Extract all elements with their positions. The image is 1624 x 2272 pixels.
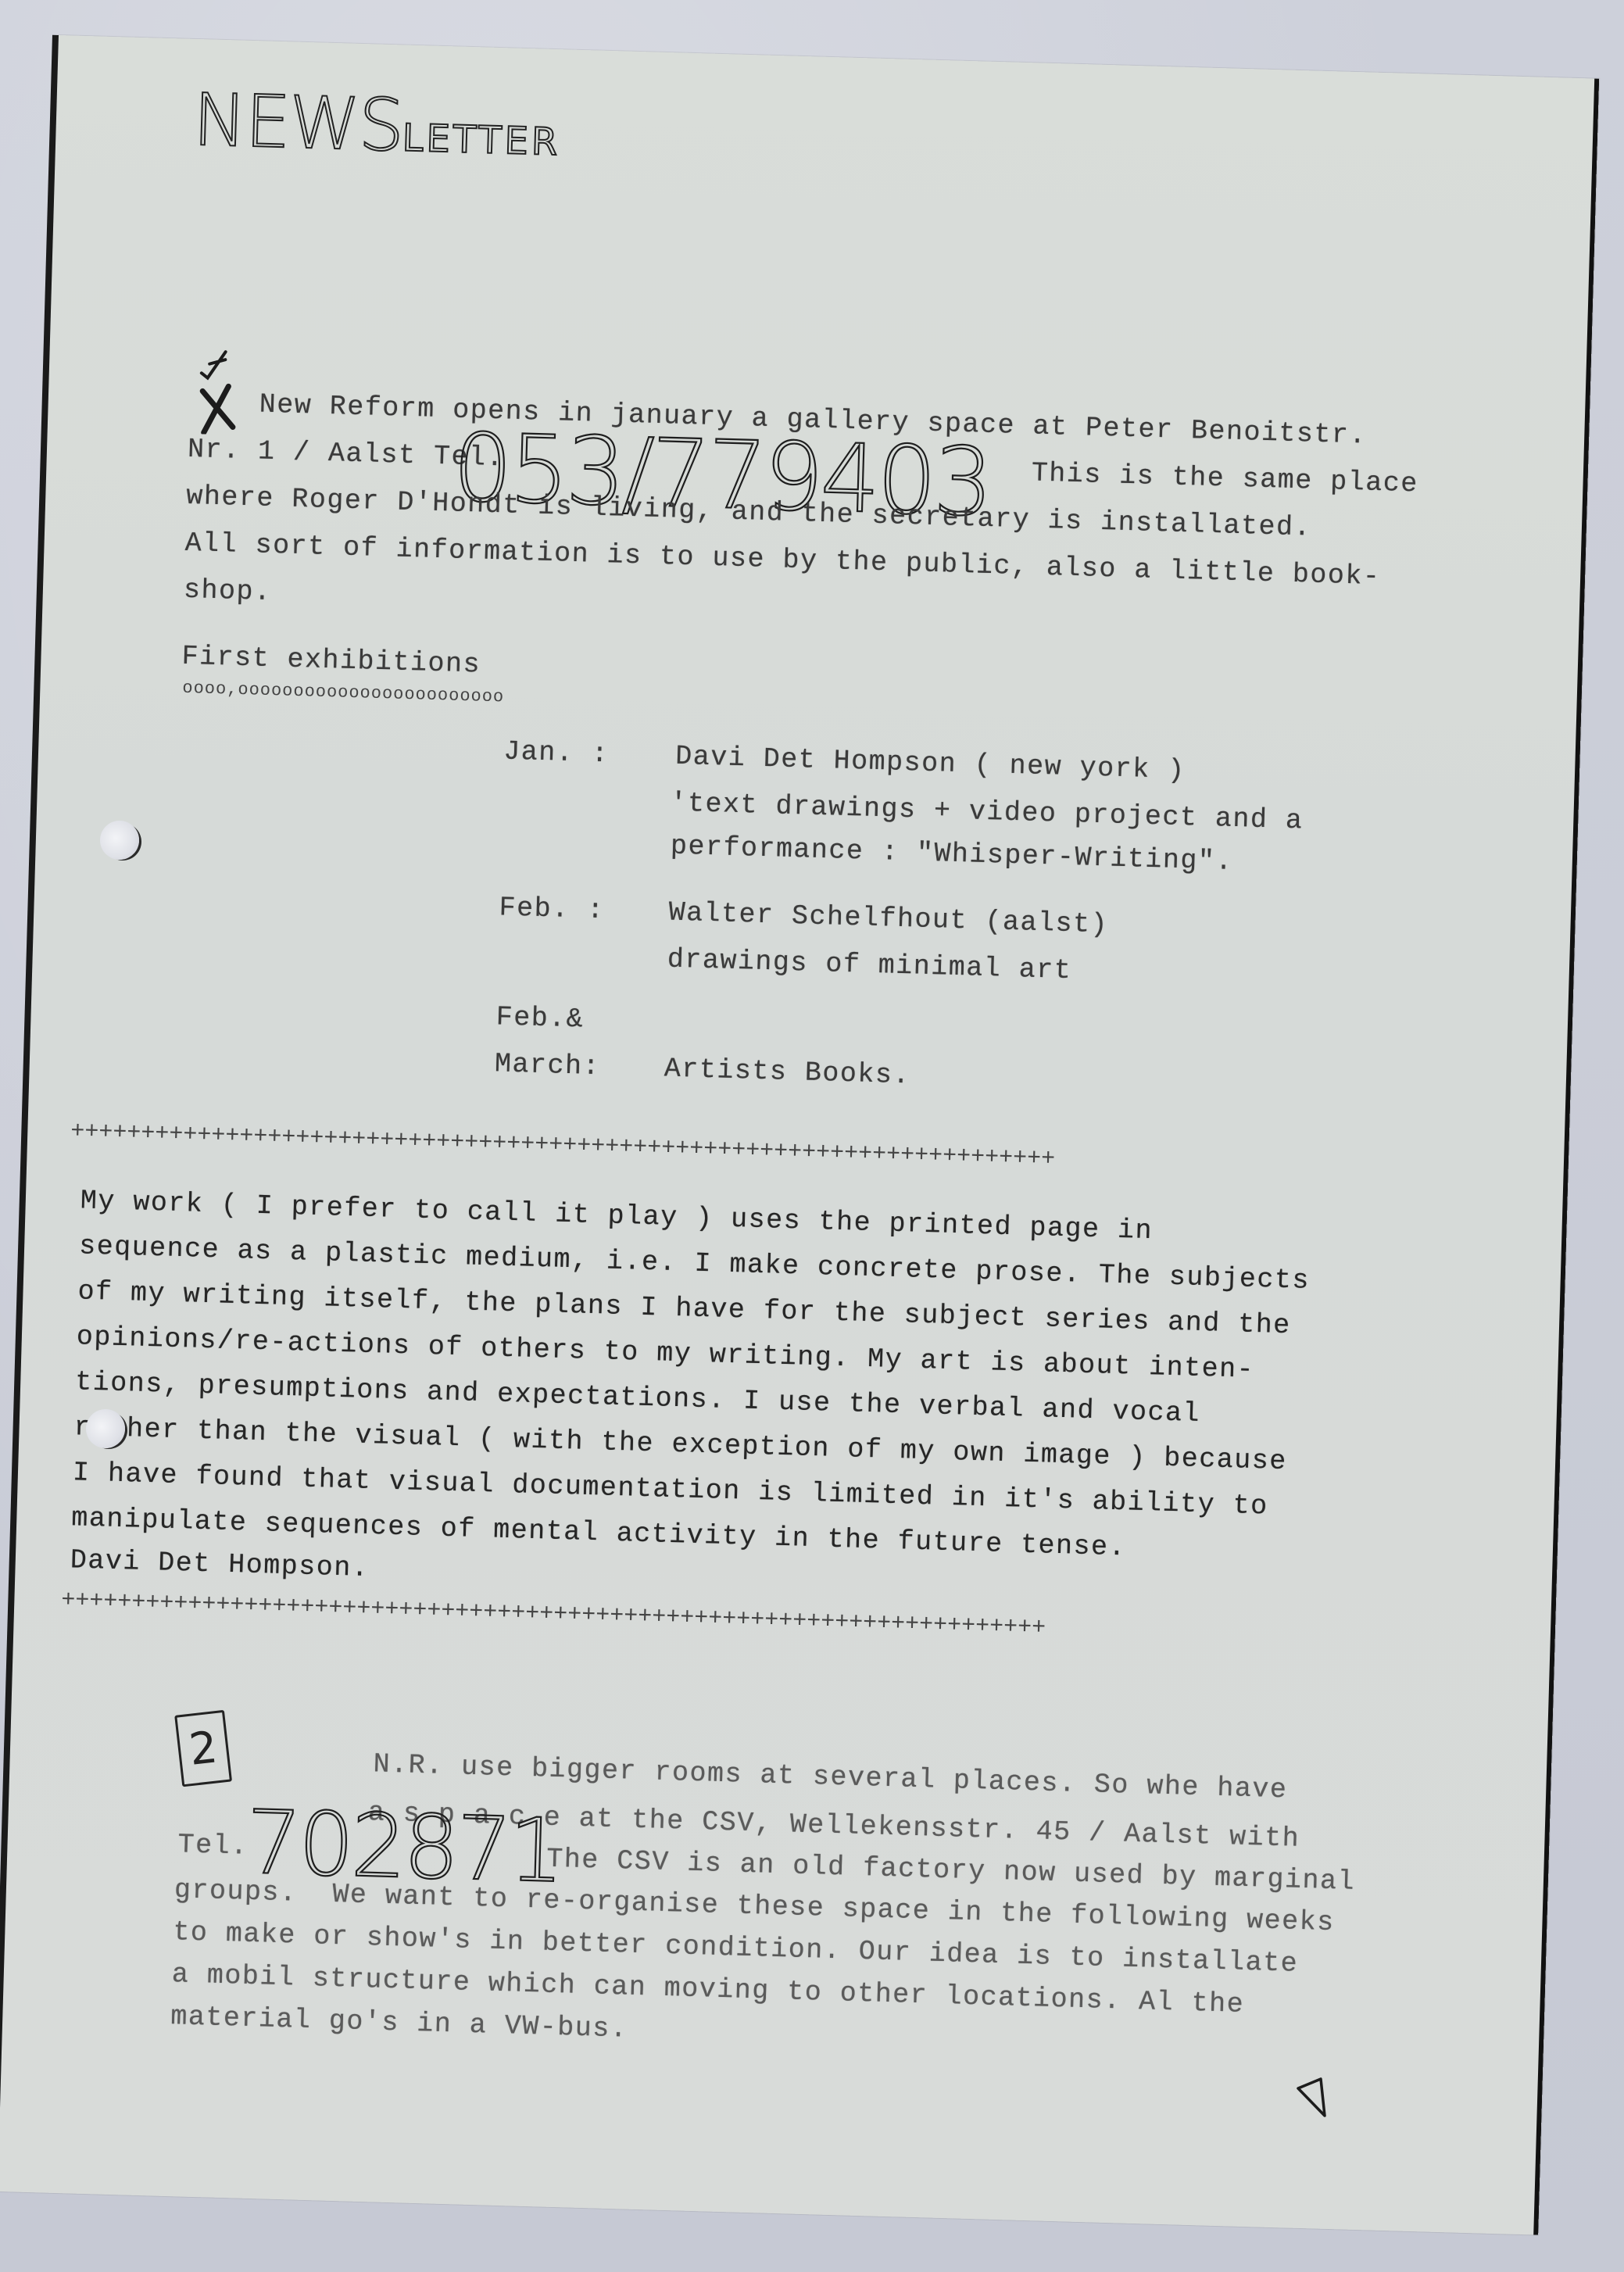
exhibition-febmarch-line-1: Artists Books. [664,1053,910,1091]
para1-line-6: shop. [183,574,272,608]
exhibitions-heading: First exhibitions [181,641,481,681]
exhibition-feb-line-2: drawings of minimal art [667,944,1072,987]
exhibitions-underline: oooo,oooooooooooooooooooooooo [182,678,504,707]
title-news: NEWS [191,78,403,168]
exhibition-jan-line-1: Davi Det Hompson ( new york ) [675,741,1186,786]
para2-line-1: N.R. use bigger rooms at several places.… [373,1748,1288,1805]
triangle-mark-icon [1293,2075,1332,2122]
exhibition-feb-month: Feb. : [499,892,605,926]
punch-hole-1 [100,821,139,860]
para2-line-8: material go's in a VW-bus. [170,2001,628,2045]
exhibition-febmarch-month-1: Feb.& [495,1001,585,1035]
exhibition-jan-line-2: 'text drawings + video project and a [670,788,1304,837]
para2-line-3-tel: Tel. [177,1829,249,1862]
exhibition-febmarch-month-2: March: [494,1048,600,1082]
exhibition-jan-line-3: performance : "Whisper-Writing". [670,831,1233,878]
title-letter: LETTER [402,116,561,164]
section-number-box: 2 [174,1710,232,1787]
exhibition-jan-month: Jan. : [503,735,610,770]
divider-bottom: ++++++++++++++++++++++++++++++++++++++++… [61,1587,1436,1653]
punch-hole-2 [86,1409,125,1448]
exhibition-feb-line-1: Walter Schelfhout (aalst) [668,897,1108,941]
newsletter-title: NEWSLETTER [191,78,562,172]
newsletter-page: NEWSLETTER New Reform opens in january a… [0,35,1599,2235]
divider-top: ++++++++++++++++++++++++++++++++++++++++… [70,1118,1461,1184]
statement-signature: Davi Det Hompson. [70,1544,370,1584]
